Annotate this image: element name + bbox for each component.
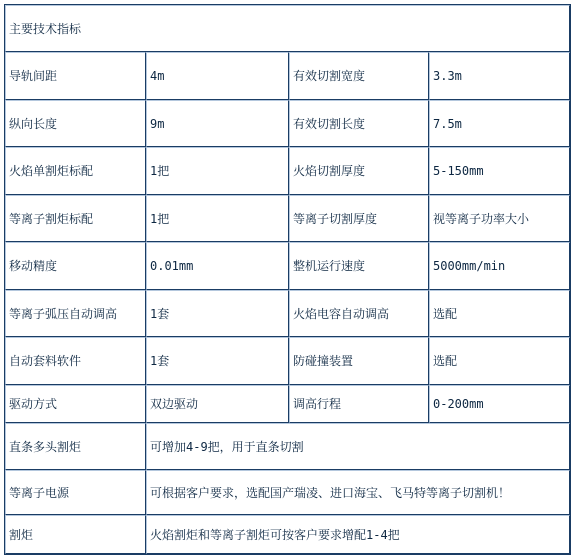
spec-value-cell: 3.3m bbox=[429, 52, 570, 100]
spec-label-cell: 等离子切割厚度 bbox=[289, 195, 429, 242]
spec-label-cell: 纵向长度 bbox=[5, 100, 146, 147]
spec-value-cell: 9m bbox=[146, 100, 289, 147]
spec-label-cell: 自动套料软件 bbox=[5, 337, 146, 385]
table-row: 移动精度 0.01mm 整机运行速度 5000mm/min bbox=[5, 242, 570, 290]
table-row: 导轨间距 4m 有效切割宽度 3.3m bbox=[5, 52, 570, 100]
spec-value-cell: 选配 bbox=[429, 290, 570, 337]
spec-value-cell: 5000mm/min bbox=[429, 242, 570, 290]
table-row: 自动套料软件 1套 防碰撞装置 选配 bbox=[5, 337, 570, 385]
table-title-row: 主要技术指标 bbox=[5, 5, 570, 52]
spec-label-cell: 整机运行速度 bbox=[289, 242, 429, 290]
table-row: 直条多头割炬 可增加4-9把，用于直条切割 bbox=[5, 423, 570, 470]
spec-value-cell: 5-150mm bbox=[429, 147, 570, 195]
wide-value-cell: 火焰割炬和等离子割炬可按客户要求增配1-4把 bbox=[146, 515, 570, 554]
spec-label-cell: 火焰单割炬标配 bbox=[5, 147, 146, 195]
table-row: 驱动方式 双边驱动 调高行程 0-200mm bbox=[5, 385, 570, 423]
spec-value-cell: 选配 bbox=[429, 337, 570, 385]
spec-value-cell: 1套 bbox=[146, 337, 289, 385]
spec-value-cell: 0-200mm bbox=[429, 385, 570, 423]
table-row: 火焰单割炬标配 1把 火焰切割厚度 5-150mm bbox=[5, 147, 570, 195]
spec-label-cell: 有效切割宽度 bbox=[289, 52, 429, 100]
table-row: 纵向长度 9m 有效切割长度 7.5m bbox=[5, 100, 570, 147]
spec-table: 主要技术指标 导轨间距 4m 有效切割宽度 3.3m 纵向长度 9m 有效切割长… bbox=[4, 4, 571, 555]
spec-value-cell: 1套 bbox=[146, 290, 289, 337]
table-title-cell: 主要技术指标 bbox=[5, 5, 570, 52]
spec-label-cell: 调高行程 bbox=[289, 385, 429, 423]
spec-label-cell: 火焰切割厚度 bbox=[289, 147, 429, 195]
spec-value-cell: 双边驱动 bbox=[146, 385, 289, 423]
spec-label-cell: 等离子割炬标配 bbox=[5, 195, 146, 242]
spec-value-cell: 1把 bbox=[146, 147, 289, 195]
wide-label-cell: 直条多头割炬 bbox=[5, 423, 146, 470]
table-row: 等离子弧压自动调高 1套 火焰电容自动调高 选配 bbox=[5, 290, 570, 337]
wide-label-cell: 割炬 bbox=[5, 515, 146, 554]
wide-value-cell: 可增加4-9把，用于直条切割 bbox=[146, 423, 570, 470]
spec-value-cell: 4m bbox=[146, 52, 289, 100]
spec-value-cell: 7.5m bbox=[429, 100, 570, 147]
spec-label-cell: 等离子弧压自动调高 bbox=[5, 290, 146, 337]
table-row: 等离子电源 可根据客户要求，选配国产瑞凌、进口海宝、飞马特等离子切割机！ bbox=[5, 470, 570, 515]
table-row: 等离子割炬标配 1把 等离子切割厚度 视等离子功率大小 bbox=[5, 195, 570, 242]
spec-value-cell: 1把 bbox=[146, 195, 289, 242]
wide-value-cell: 可根据客户要求，选配国产瑞凌、进口海宝、飞马特等离子切割机！ bbox=[146, 470, 570, 515]
table-row: 割炬 火焰割炬和等离子割炬可按客户要求增配1-4把 bbox=[5, 515, 570, 554]
spec-value-cell: 视等离子功率大小 bbox=[429, 195, 570, 242]
spec-value-cell: 0.01mm bbox=[146, 242, 289, 290]
spec-label-cell: 有效切割长度 bbox=[289, 100, 429, 147]
spec-label-cell: 驱动方式 bbox=[5, 385, 146, 423]
spec-label-cell: 防碰撞装置 bbox=[289, 337, 429, 385]
spec-label-cell: 移动精度 bbox=[5, 242, 146, 290]
spec-label-cell: 导轨间距 bbox=[5, 52, 146, 100]
wide-label-cell: 等离子电源 bbox=[5, 470, 146, 515]
spec-label-cell: 火焰电容自动调高 bbox=[289, 290, 429, 337]
